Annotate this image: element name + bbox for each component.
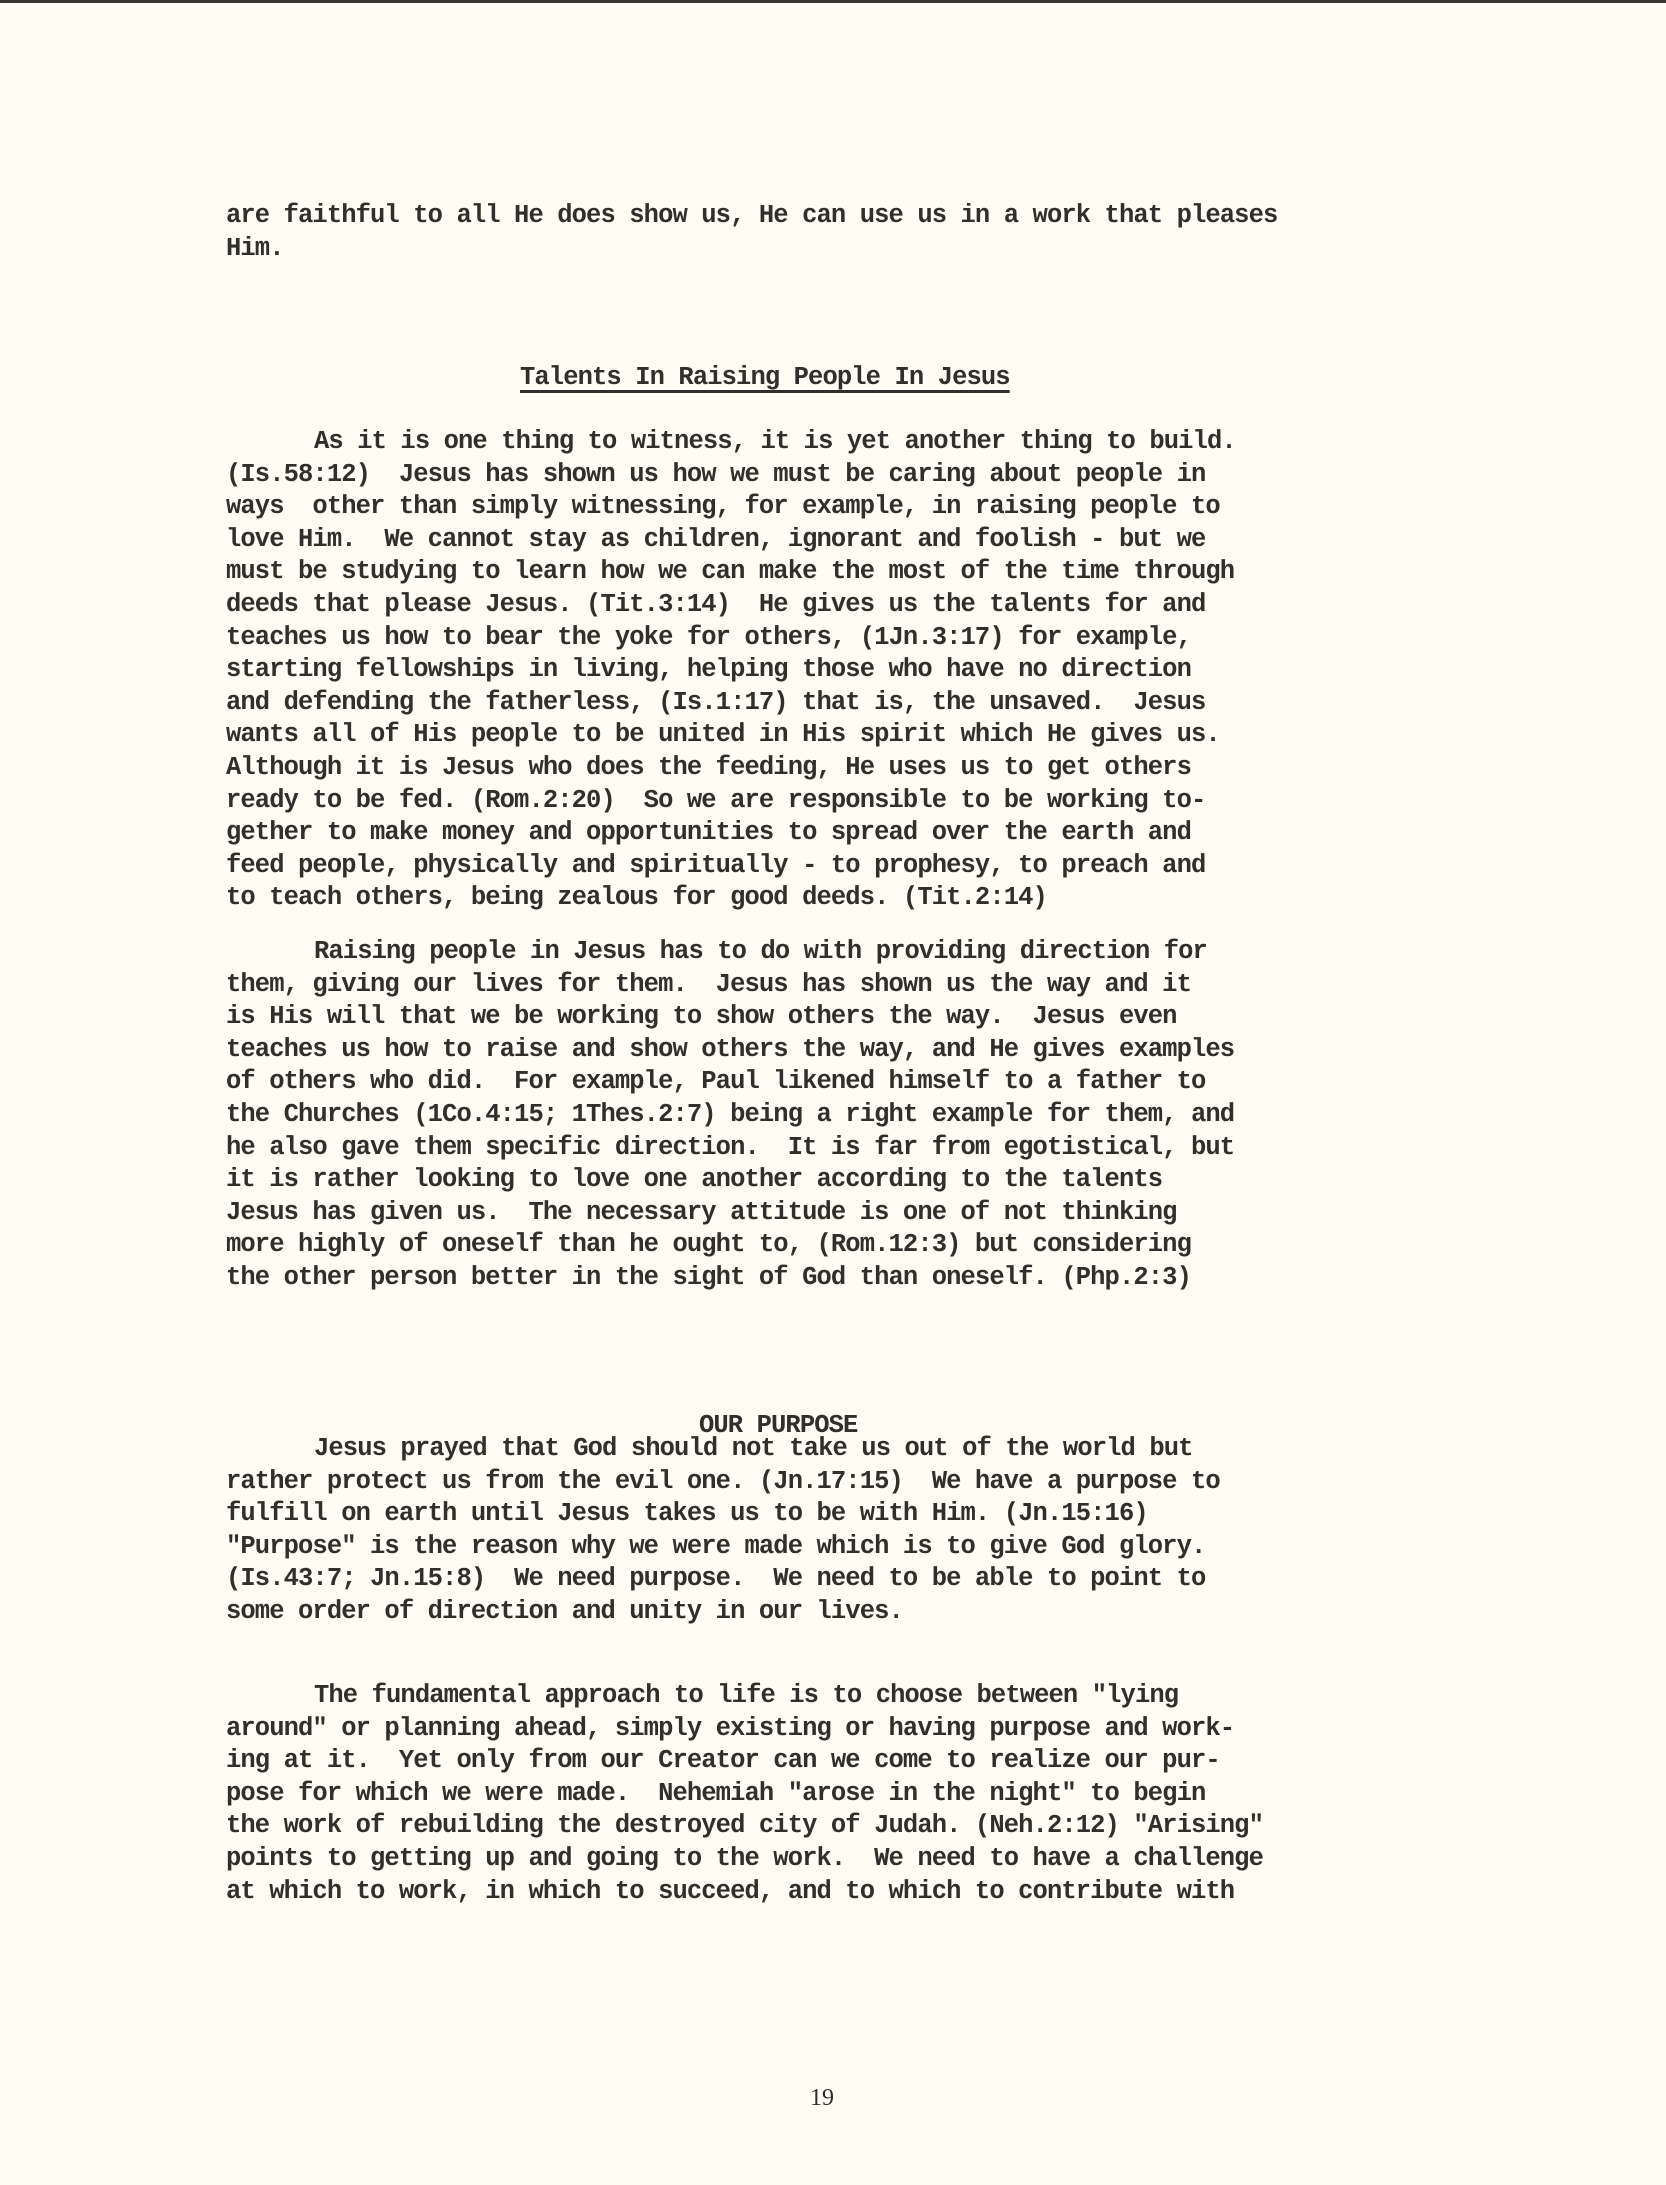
text-line: ready to be fed. (Rom.2:20) So we are re… <box>226 785 1236 818</box>
text-line: fulfill on earth until Jesus takes us to… <box>226 1498 1220 1531</box>
text-line: he also gave them specific direction. It… <box>226 1132 1234 1165</box>
text-line: pose for which we were made. Nehemiah "a… <box>226 1778 1263 1811</box>
text-line: (Is.43:7; Jn.15:8) We need purpose. We n… <box>226 1563 1220 1596</box>
paragraph-talents-2: Raising people in Jesus has to do with p… <box>226 936 1234 1295</box>
text-line: more highly of oneself than he ought to,… <box>226 1229 1234 1262</box>
text-line: them, giving our lives for them. Jesus h… <box>226 969 1234 1002</box>
text-line: of others who did. For example, Paul lik… <box>226 1066 1234 1099</box>
text-line: ing at it. Yet only from our Creator can… <box>226 1745 1263 1778</box>
text-line: The fundamental approach to life is to c… <box>226 1680 1263 1713</box>
text-line: Him. <box>226 233 1277 266</box>
text-line: teaches us how to raise and show others … <box>226 1034 1234 1067</box>
text-line: Jesus has given us. The necessary attitu… <box>226 1197 1234 1230</box>
text-line: around" or planning ahead, simply existi… <box>226 1713 1263 1746</box>
text-line: "Purpose" is the reason why we were made… <box>226 1531 1220 1564</box>
text-line: (Is.58:12) Jesus has shown us how we mus… <box>226 459 1236 492</box>
text-line: Jesus prayed that God should not take us… <box>226 1433 1220 1466</box>
text-line: to teach others, being zealous for good … <box>226 882 1236 915</box>
text-line: the work of rebuilding the destroyed cit… <box>226 1810 1263 1843</box>
paragraph-talents-1: As it is one thing to witness, it is yet… <box>226 426 1236 915</box>
text-line: must be studying to learn how we can mak… <box>226 556 1236 589</box>
section-heading-talents: Talents In Raising People In Jesus <box>520 362 1010 394</box>
page-number: 19 <box>810 2085 834 2112</box>
text-line: teaches us how to bear the yoke for othe… <box>226 622 1236 655</box>
text-line: it is rather looking to love one another… <box>226 1164 1234 1197</box>
text-line: deeds that please Jesus. (Tit.3:14) He g… <box>226 589 1236 622</box>
text-line: ways other than simply witnessing, for e… <box>226 491 1236 524</box>
text-line: is His will that we be working to show o… <box>226 1001 1234 1034</box>
paragraph-purpose-2: The fundamental approach to life is to c… <box>226 1680 1263 1908</box>
text-line: the Churches (1Co.4:15; 1Thes.2:7) being… <box>226 1099 1234 1132</box>
scan-top-edge <box>0 0 1666 3</box>
text-line: As it is one thing to witness, it is yet… <box>226 426 1236 459</box>
text-line: at which to work, in which to succeed, a… <box>226 1876 1263 1909</box>
text-line: rather protect us from the evil one. (Jn… <box>226 1466 1220 1499</box>
text-line: starting fellowships in living, helping … <box>226 654 1236 687</box>
text-line: and defending the fatherless, (Is.1:17) … <box>226 687 1236 720</box>
paragraph-purpose-1: Jesus prayed that God should not take us… <box>226 1433 1220 1629</box>
text-line: feed people, physically and spiritually … <box>226 850 1236 883</box>
text-line: love Him. We cannot stay as children, ig… <box>226 524 1236 557</box>
text-line: gether to make money and opportunities t… <box>226 817 1236 850</box>
text-line: are faithful to all He does show us, He … <box>226 200 1277 233</box>
text-line: wants all of His people to be united in … <box>226 719 1236 752</box>
text-line: Although it is Jesus who does the feedin… <box>226 752 1236 785</box>
continuation-paragraph: are faithful to all He does show us, He … <box>226 200 1277 265</box>
text-line: the other person better in the sight of … <box>226 1262 1234 1295</box>
text-line: points to getting up and going to the wo… <box>226 1843 1263 1876</box>
text-line: some order of direction and unity in our… <box>226 1596 1220 1629</box>
text-line: Raising people in Jesus has to do with p… <box>226 936 1234 969</box>
